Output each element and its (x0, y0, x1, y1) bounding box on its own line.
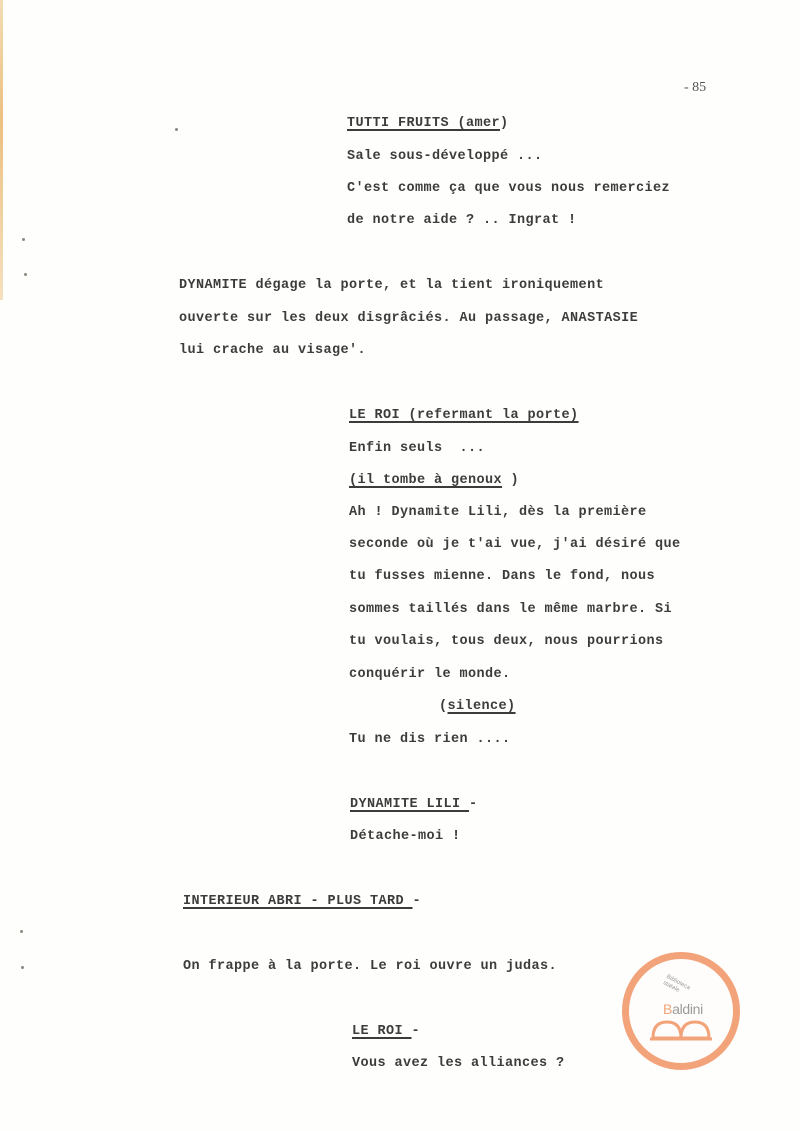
logo-name: Baldini (653, 1001, 713, 1017)
action-line: On frappe à la porte. Le roi ouvre un ju… (183, 959, 557, 975)
dialogue-line: Tu ne dis rien .... (349, 732, 511, 748)
baldini-library-watermark: Biblioteca statale Baldini (622, 952, 740, 1070)
paper-speck (22, 238, 25, 241)
stage-direction: (il tombe à genoux ) (349, 473, 519, 489)
page-edge-stain (0, 0, 3, 300)
page-number: - 85 (684, 80, 706, 96)
stage-direction: (silence) (439, 699, 516, 715)
character-heading-le-roi: LE ROI - (352, 1024, 420, 1040)
paper-speck (24, 273, 27, 276)
paper-speck (20, 930, 23, 933)
dialogue-line: Détache-moi ! (350, 829, 461, 845)
paper-speck (21, 966, 24, 969)
dialogue-line: sommes taillés dans le même marbre. Si (349, 602, 672, 618)
dialogue-line: Vous avez les alliances ? (352, 1056, 565, 1072)
character-heading-dynamite-lili: DYNAMITE LILI - (350, 797, 478, 813)
action-line: lui crache au visage'. (179, 343, 366, 359)
dialogue-line: conquérir le monde. (349, 667, 511, 683)
open-book-icon (649, 1018, 713, 1042)
dialogue-line: Enfin seuls ... (349, 441, 485, 457)
dialogue-line: Sale sous-développé ... (347, 149, 543, 165)
dialogue-line: de notre aide ? .. Ingrat ! (347, 213, 577, 229)
dialogue-line: Ah ! Dynamite Lili, dès la première (349, 505, 647, 521)
scene-heading: INTERIEUR ABRI - PLUS TARD - (183, 894, 421, 910)
action-line: ouverte sur les deux disgrâciés. Au pass… (179, 311, 638, 327)
action-line: DYNAMITE dégage la porte, et la tient ir… (179, 278, 604, 294)
character-heading-tutti-fruits: TUTTI FRUITS (amer) (347, 116, 509, 132)
dialogue-line: seconde où je t'ai vue, j'ai désiré que (349, 537, 681, 553)
character-heading-le-roi: LE ROI (refermant la porte) (349, 408, 579, 424)
dialogue-line: tu voulais, tous deux, nous pourrions (349, 634, 664, 650)
paper-speck (175, 128, 178, 131)
dialogue-line: C'est comme ça que vous nous remerciez (347, 181, 670, 197)
dialogue-line: tu fusses mienne. Dans le fond, nous (349, 569, 655, 585)
document-page: - 85 TUTTI FRUITS (amer) Sale sous-dével… (0, 0, 800, 1131)
